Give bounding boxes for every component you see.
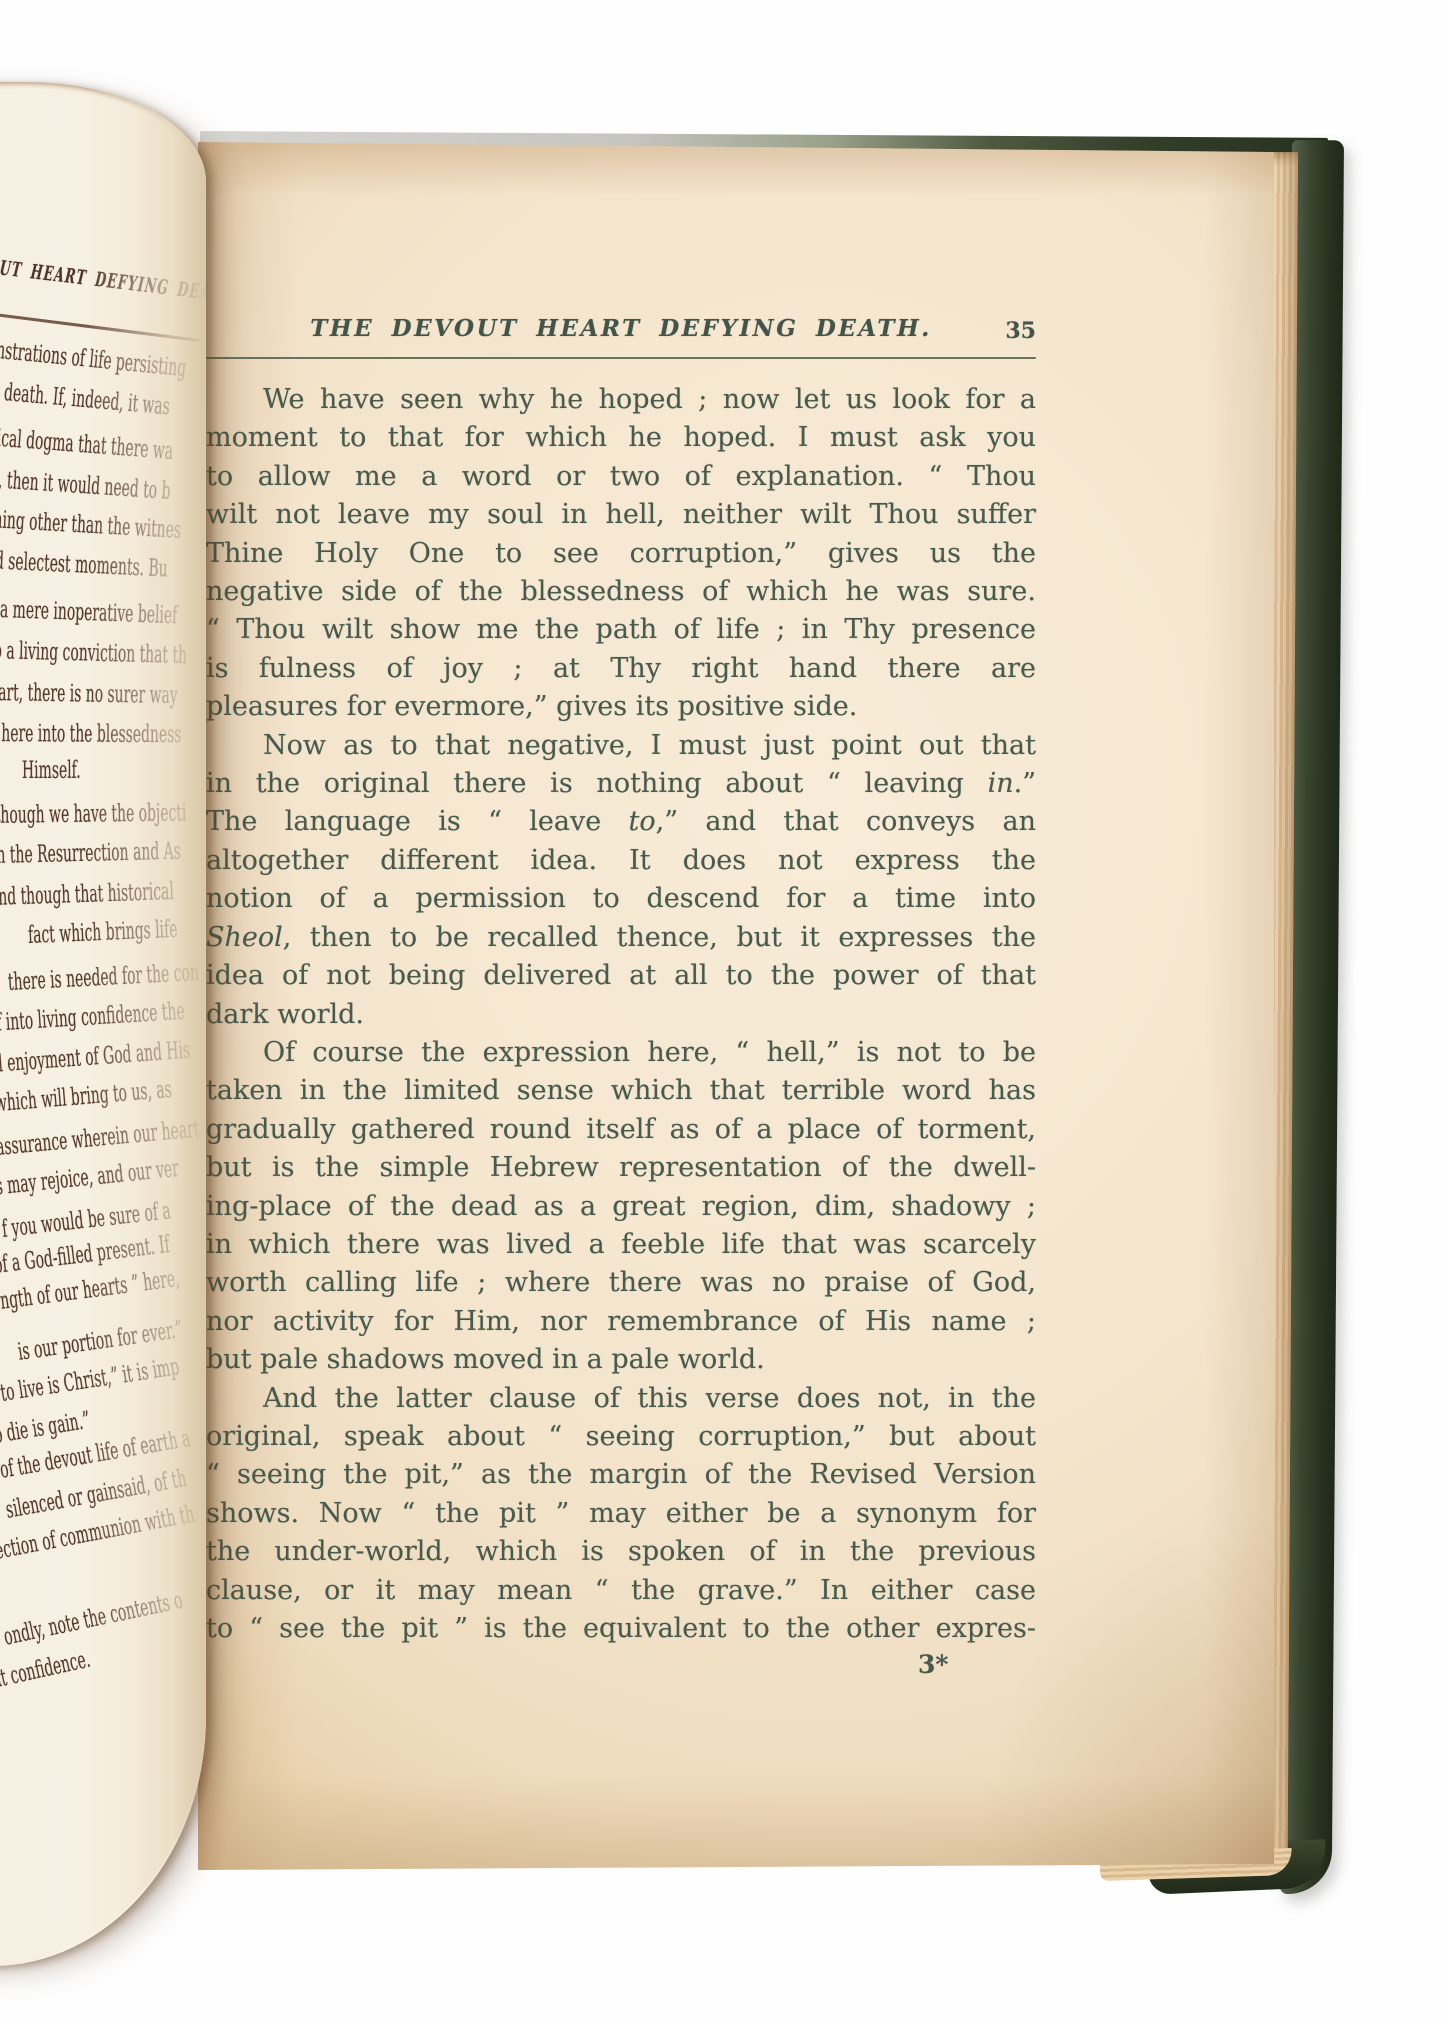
- text-line: We have seen why he hoped ; now let us l…: [206, 381, 1036, 419]
- text-line: altogether different idea. It does not e…: [206, 842, 1036, 880]
- text-line: nor activity for Him, nor remembrance of…: [206, 1303, 1036, 1341]
- text-line: clause, or it may mean “ the grave.” In …: [206, 1572, 1036, 1610]
- text-line: negative side of the blessedness of whic…: [206, 573, 1036, 611]
- text-line: is fulness of joy ; at Thy right hand th…: [206, 650, 1036, 688]
- text-line: to “ see the pit ” is the equivalent to …: [206, 1610, 1036, 1648]
- text-line: ts may rejoice, and our ver: [0, 1154, 180, 1201]
- text-line: taken in the limited sense which that te…: [206, 1072, 1036, 1110]
- running-header: THE DEVOUT HEART DEFYING DEATH.: [310, 315, 932, 342]
- text-line: the under-world, which is spoken of in t…: [206, 1533, 1036, 1571]
- body-text: We have seen why he hoped ; now let us l…: [206, 381, 1036, 1648]
- text-line: to allow me a word or two of explanation…: [206, 458, 1036, 496]
- text-line: nt confidence.: [0, 1645, 93, 1694]
- text-line: , which will bring to us, as: [0, 1075, 173, 1118]
- left-header-rule: [0, 312, 199, 342]
- text-line: there is needed for the con: [7, 958, 199, 996]
- text-line: Now as to that negative, I must just poi…: [206, 727, 1036, 765]
- text-line: to a living conviction that th: [0, 636, 187, 669]
- text-line: moment to that for which he hoped. I mus…: [206, 419, 1036, 457]
- text-line: but pale shadows moved in a pale world.: [206, 1341, 1036, 1379]
- text-line: “ seeing the pit,” as the margin of the …: [206, 1456, 1036, 1494]
- text-line: y death. If, indeed, it was: [0, 377, 171, 420]
- text-line: ef into living confidence the: [0, 997, 185, 1037]
- text-line: ing-place of the dead as a great region,…: [206, 1188, 1036, 1226]
- text-line: in the original there is nothing about “…: [206, 765, 1036, 803]
- text-line: dark world.: [206, 996, 1036, 1034]
- text-line: nd selectest moments. Bu: [0, 546, 168, 582]
- text-line: Of course the expression here, “ hell,” …: [206, 1034, 1036, 1072]
- text-line: Sheol, then to be recalled thence, but i…: [206, 919, 1036, 957]
- text-line: but is the simple Hebrew representation …: [206, 1149, 1036, 1187]
- text-line: notion of a permission to descend for a …: [206, 880, 1036, 918]
- text-line: shows. Now “ the pit ” may either be a s…: [206, 1495, 1036, 1533]
- left-running-header: OUT HEART DEFYING DEATH: [0, 254, 206, 307]
- text-line: gical dogma that there wa: [0, 423, 174, 465]
- left-page-curl: OUT HEART DEFYING DEATH onstrations of l…: [0, 82, 206, 1966]
- text-line: pleasures for evermore,” gives its posit…: [206, 688, 1036, 726]
- text-line: g here into the blessedness: [0, 719, 182, 748]
- page-number: 35: [1005, 318, 1036, 344]
- signature-mark: 3*: [918, 1650, 1036, 1679]
- text-line: And the latter clause of this verse does…: [206, 1380, 1036, 1418]
- right-page: THE DEVOUT HEART DEFYING DEATH. 35 We ha…: [198, 142, 1274, 1870]
- running-header-row: THE DEVOUT HEART DEFYING DEATH. 35: [206, 315, 1036, 345]
- text-line: wilt not leave my soul in hell, neither …: [206, 496, 1036, 534]
- text-line: ondly, note the contents o: [1, 1586, 185, 1651]
- text-line: The language is “ leave to,” and that co…: [206, 803, 1036, 841]
- text-line: al enjoyment of God and His: [0, 1036, 191, 1078]
- header-rule: [206, 357, 1036, 359]
- text-line: eart, there is no surer way: [0, 678, 178, 709]
- text-line: worth calling life ; where there was no …: [206, 1264, 1036, 1302]
- text-line: onstrations of life persisting: [0, 335, 188, 382]
- open-book-photo: THE DEVOUT HEART DEFYING DEATH. 35 We ha…: [0, 0, 1445, 2023]
- text-line: fact which brings life: [27, 915, 178, 949]
- text-line: “ Thou wilt show me the path of life ; i…: [206, 611, 1036, 649]
- text-line: a mere inoperative belief: [0, 595, 178, 629]
- text-line: in the Resurrection and As: [0, 837, 181, 869]
- text-line: and though that historical: [0, 877, 174, 911]
- text-line: gradually gathered round itself as of a …: [206, 1111, 1036, 1149]
- text-line: thing other than the witnes: [0, 505, 182, 544]
- text-line: , though we have the objecti: [0, 798, 187, 829]
- text-line: idea of not being delivered at all to th…: [206, 957, 1036, 995]
- text-line: Himself.: [22, 756, 81, 784]
- left-page-text: OUT HEART DEFYING DEATH onstrations of l…: [0, 82, 206, 1966]
- text-line: in which there was lived a feeble life t…: [206, 1226, 1036, 1264]
- text-line: e, then it would need to b: [0, 465, 171, 505]
- text-line: Thine Holy One to see corruption,” gives…: [206, 535, 1036, 573]
- right-page-content: THE DEVOUT HEART DEFYING DEATH. 35 We ha…: [206, 142, 1036, 1679]
- text-line: original, speak about “ seeing corruptio…: [206, 1418, 1036, 1456]
